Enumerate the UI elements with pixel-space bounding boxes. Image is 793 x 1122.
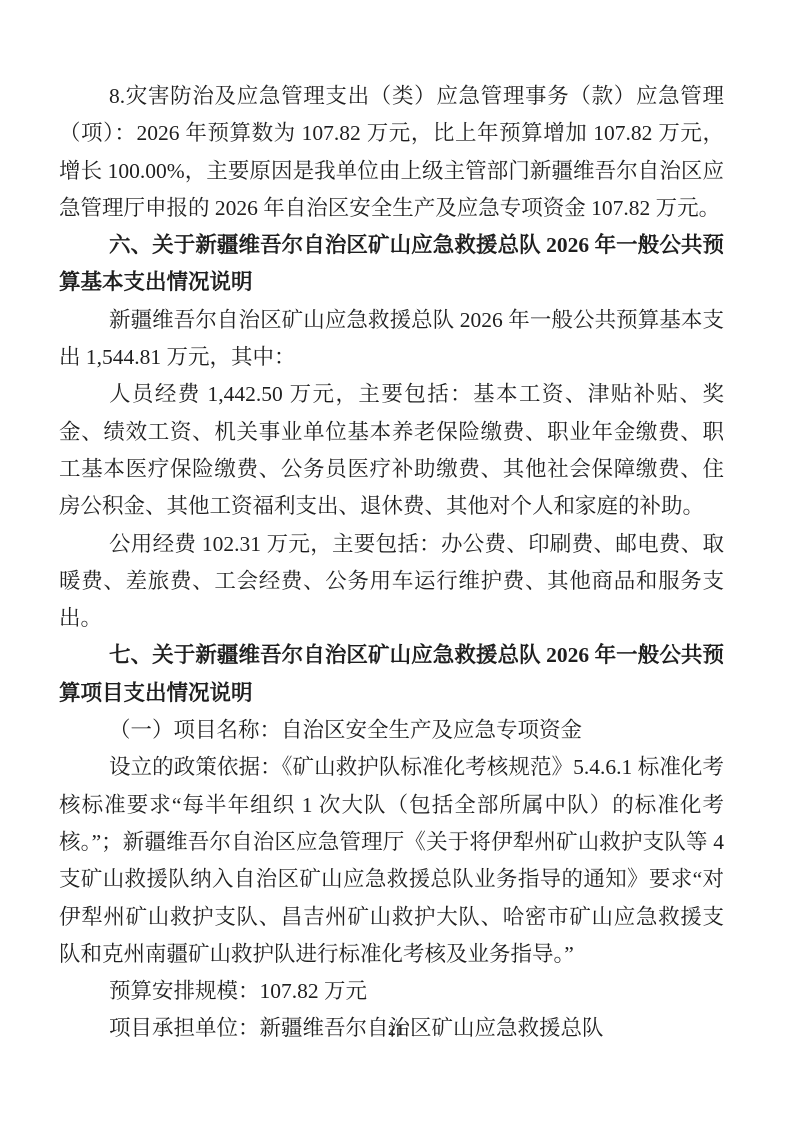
heading-section-seven-project-expenditure: 七、关于新疆维吾尔自治区矿山应急救援总队 2026 年一般公共预算项目支出情况说… bbox=[59, 637, 724, 712]
document-body: 8.灾害防治及应急管理支出（类）应急管理事务（款）应急管理（项）：2026 年预… bbox=[59, 78, 724, 1048]
para-project-name: （一）项目名称：自治区安全生产及应急专项资金 bbox=[59, 712, 724, 749]
para-public-funds: 公用经费 102.31 万元，主要包括：办公费、印刷费、邮电费、取暖费、差旅费、… bbox=[59, 526, 724, 638]
para-policy-basis: 设立的政策依据：《矿山救护队标准化考核规范》5.4.6.1 标准化考核标准要求“… bbox=[59, 749, 724, 973]
para-emergency-mgmt-item-8: 8.灾害防治及应急管理支出（类）应急管理事务（款）应急管理（项）：2026 年预… bbox=[59, 78, 724, 227]
para-basic-expenditure-total: 新疆维吾尔自治区矿山应急救援总队 2026 年一般公共预算基本支出 1,544.… bbox=[59, 302, 724, 377]
document-page: 8.灾害防治及应急管理支出（类）应急管理事务（款）应急管理（项）：2026 年预… bbox=[0, 0, 793, 1122]
para-personnel-funds: 人员经费 1,442.50 万元，主要包括：基本工资、津贴补贴、奖金、绩效工资、… bbox=[59, 376, 724, 525]
para-budget-scale: 预算安排规模：107.82 万元 bbox=[59, 973, 724, 1010]
heading-section-six-basic-expenditure: 六、关于新疆维吾尔自治区矿山应急救援总队 2026 年一般公共预算基本支出情况说… bbox=[59, 227, 724, 302]
page-number: 21 bbox=[0, 1023, 793, 1040]
